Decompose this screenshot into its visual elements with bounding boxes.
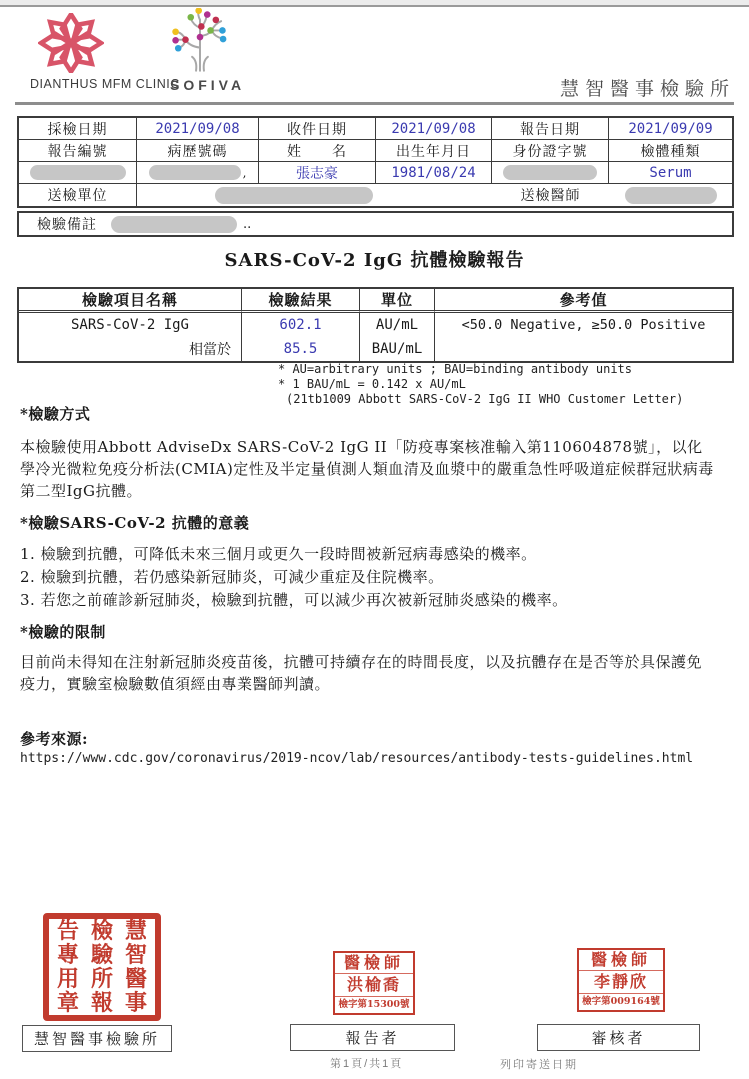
id-redaction bbox=[492, 162, 609, 184]
reference-heading: 參考來源: bbox=[20, 728, 88, 749]
page-number: 第1頁/共1頁 bbox=[330, 1055, 403, 1071]
scan-top-edge bbox=[0, 0, 749, 7]
report-title: SARS-CoV-2 IgG 抗體檢驗報告 bbox=[0, 246, 749, 272]
result-row-unit: AU/mL bbox=[360, 313, 435, 337]
specimen-label: 檢體種類 bbox=[609, 140, 732, 162]
equiv-row-value: 85.5 bbox=[242, 337, 360, 361]
reporter-box: 報告者 bbox=[290, 1024, 455, 1051]
significance-item-2: 2. 檢驗到抗體，若仍感染新冠肺炎，可減少重症及住院機率。 bbox=[20, 566, 720, 589]
reporter-seal-license: 檢字第15300號 bbox=[335, 997, 413, 1013]
collect-date-label: 採檢日期 bbox=[19, 118, 137, 140]
remark-box: 檢驗備註 .. bbox=[17, 211, 734, 237]
reviewer-seal-name: 李靜欣 bbox=[579, 971, 663, 994]
col-header-reference: 參考值 bbox=[435, 289, 732, 313]
reviewer-seal-title: 醫檢師 bbox=[579, 950, 663, 971]
sofiva-logo-icon bbox=[167, 8, 233, 74]
significance-item-3: 3. 若您之前確診新冠肺炎，檢驗到抗體，可以減少再次被新冠肺炎感染的機率。 bbox=[20, 589, 720, 612]
col-header-unit: 單位 bbox=[360, 289, 435, 313]
patient-info-table: 採檢日期 2021/09/08 收件日期 2021/09/08 報告日期 202… bbox=[17, 116, 734, 208]
result-row-value: 602.1 bbox=[242, 313, 360, 337]
result-notes: * AU=arbitrary units ; BAU=binding antib… bbox=[278, 362, 683, 407]
chart-no-redaction: , bbox=[137, 162, 259, 184]
lab-name-box: 慧智醫事檢驗所 bbox=[22, 1025, 172, 1052]
equiv-row-unit: BAU/mL bbox=[360, 337, 435, 361]
result-row-item: SARS-CoV-2 IgG bbox=[19, 313, 242, 337]
reporter-seal-stamp: 醫檢師 洪榆喬 檢字第15300號 bbox=[333, 951, 415, 1015]
significance-heading: *檢驗SARS-CoV-2 抗體的意義 bbox=[20, 512, 249, 533]
report-no-label: 報告編號 bbox=[19, 140, 137, 162]
equiv-row-item: 相當於 bbox=[19, 337, 242, 361]
send-doctor-label: 送檢醫師 bbox=[492, 184, 609, 206]
lab-seal-col-right: 慧智醫事 bbox=[120, 919, 152, 1015]
specimen-value: Serum bbox=[609, 162, 732, 184]
print-date-label: 列印寄送日期 bbox=[500, 1056, 578, 1072]
birth-label: 出生年月日 bbox=[376, 140, 492, 162]
remark-label: 檢驗備註 bbox=[37, 214, 97, 234]
remark-suffix: .. bbox=[243, 217, 251, 232]
chart-no-comma: , bbox=[243, 166, 247, 180]
note-au: * AU=arbitrary units ; BAU=binding antib… bbox=[278, 362, 683, 377]
lab-seal-col-middle: 檢驗所報 bbox=[86, 919, 118, 1015]
limitation-heading: *檢驗的限制 bbox=[20, 621, 106, 642]
header-divider bbox=[15, 102, 734, 105]
sofiva-label: SOFIVA bbox=[170, 77, 245, 93]
report-no-redaction bbox=[19, 162, 137, 184]
note-source: (21tb1009 Abbott SARS-CoV-2 IgG II WHO C… bbox=[278, 392, 683, 407]
significance-item-1: 1. 檢驗到抗體，可降低未來三個月或更久一段時間被新冠病毒感染的機率。 bbox=[20, 543, 720, 566]
significance-list: 1. 檢驗到抗體，可降低未來三個月或更久一段時間被新冠病毒感染的機率。 2. 檢… bbox=[20, 543, 720, 612]
send-unit-redaction bbox=[137, 184, 492, 206]
lab-name-header: 慧智醫事檢驗所 bbox=[560, 74, 735, 101]
dianthus-logo-icon bbox=[38, 13, 104, 73]
patient-name-value: 張志豪 bbox=[259, 162, 376, 184]
collect-date-value: 2021/09/08 bbox=[137, 118, 259, 140]
method-heading: *檢驗方式 bbox=[20, 403, 90, 424]
lab-report-page: DIANTHUS MFM CLINIC bbox=[0, 0, 749, 1079]
reviewer-box: 審核者 bbox=[537, 1024, 700, 1051]
reference-url: https://www.cdc.gov/coronavirus/2019-nco… bbox=[20, 751, 693, 766]
send-doctor-redaction bbox=[609, 184, 732, 206]
method-body: 本檢驗使用Abbott AdviseDx SARS-CoV-2 IgG II「防… bbox=[20, 436, 714, 502]
reviewer-seal-stamp: 醫檢師 李靜欣 檢字第009164號 bbox=[577, 948, 665, 1012]
name-label: 姓 名 bbox=[259, 140, 376, 162]
result-table: 檢驗項目名稱 檢驗結果 單位 參考值 SARS-CoV-2 IgG 602.1 … bbox=[17, 287, 734, 363]
receive-date-label: 收件日期 bbox=[259, 118, 376, 140]
chart-no-label: 病歷號碼 bbox=[137, 140, 259, 162]
birth-date-value: 1981/08/24 bbox=[376, 162, 492, 184]
reporter-seal-title: 醫檢師 bbox=[335, 953, 413, 974]
report-date-value: 2021/09/09 bbox=[609, 118, 732, 140]
limitation-body: 目前尚未得知在注射新冠肺炎疫苗後，抗體可持續存在的時間長度，以及抗體存在是否等於… bbox=[20, 651, 714, 695]
reviewer-seal-license: 檢字第009164號 bbox=[579, 994, 663, 1010]
equiv-row-reference bbox=[435, 337, 732, 361]
reporter-seal-name: 洪榆喬 bbox=[335, 974, 413, 997]
result-row-reference: <50.0 Negative, ≥50.0 Positive bbox=[435, 313, 732, 337]
send-unit-label: 送檢單位 bbox=[19, 184, 137, 206]
col-header-item: 檢驗項目名稱 bbox=[19, 289, 242, 313]
remark-redaction bbox=[111, 216, 237, 233]
lab-seal-stamp: 告專用章 檢驗所報 慧智醫事 bbox=[43, 913, 161, 1021]
receive-date-value: 2021/09/08 bbox=[376, 118, 492, 140]
note-bau: * 1 BAU/mL = 0.142 x AU/mL bbox=[278, 377, 683, 392]
report-date-label: 報告日期 bbox=[492, 118, 609, 140]
lab-seal-col-left: 告專用章 bbox=[52, 919, 84, 1015]
dianthus-label: DIANTHUS MFM CLINIC bbox=[30, 77, 180, 91]
id-label: 身份證字號 bbox=[492, 140, 609, 162]
col-header-result: 檢驗結果 bbox=[242, 289, 360, 313]
